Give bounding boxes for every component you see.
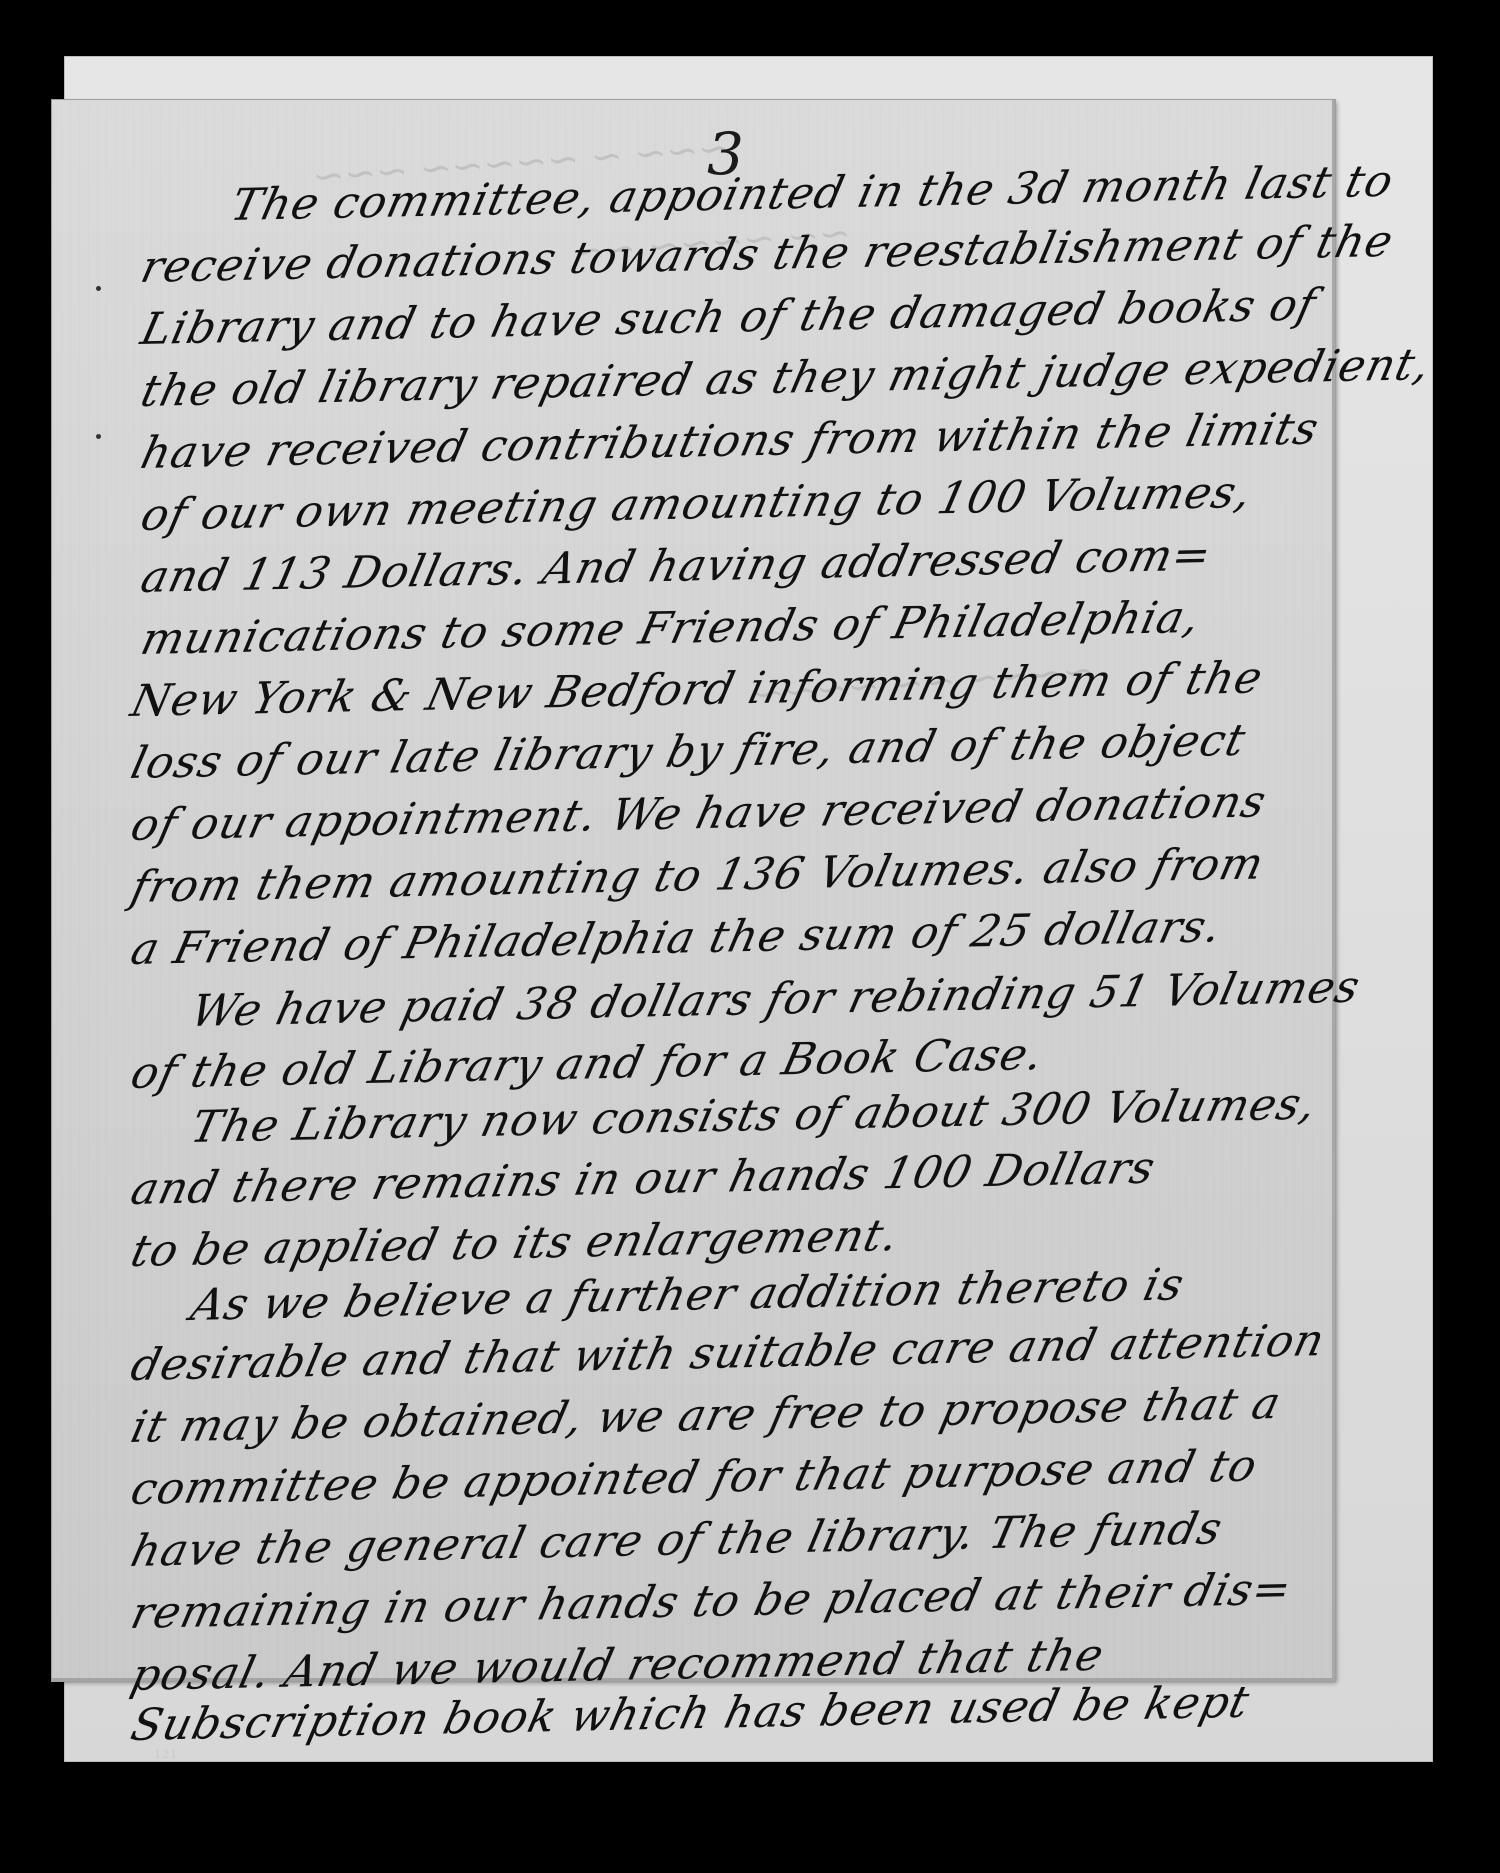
text-line: Library and to have such of the damaged … <box>136 280 1321 355</box>
text-line: We have paid 38 dollars for rebinding 51… <box>186 962 1365 1037</box>
text-line: remaining in our hands to be placed at t… <box>126 1564 1297 1639</box>
text-line: and there remains in our hands 100 Dolla… <box>126 1143 1160 1215</box>
text-line: loss of our late library by fire, and of… <box>126 715 1251 789</box>
manuscript-page: ~~~ ~ ~~~~~ ~~~ ~~ ~~~~ ~~ ~~~~ ~~ ~~~~ … <box>52 100 1335 1681</box>
text-line: committee be appointed for that purpose … <box>126 1441 1262 1515</box>
text-line: it may be obtained, we are free to propo… <box>126 1378 1286 1453</box>
text-line: New York & New Bedford informing them of… <box>126 652 1268 727</box>
text-line: of our own meeting amounting to 100 Volu… <box>136 467 1257 541</box>
text-line: from them amounting to 136 Volumes. also… <box>126 838 1269 913</box>
text-line: have the general care of the library. Th… <box>126 1503 1227 1577</box>
text-line: munications to some Friends of Philadelp… <box>136 592 1205 665</box>
text-line: a Friend of Philadelphia the sum of 25 d… <box>126 901 1227 975</box>
ink-dot <box>96 434 101 439</box>
text-line: of our appointment. We have received don… <box>126 776 1271 851</box>
ink-dot <box>96 286 101 291</box>
text-line: and 113 Dollars. And having addressed co… <box>136 530 1216 603</box>
text-line: have received contributions from within … <box>136 403 1324 478</box>
